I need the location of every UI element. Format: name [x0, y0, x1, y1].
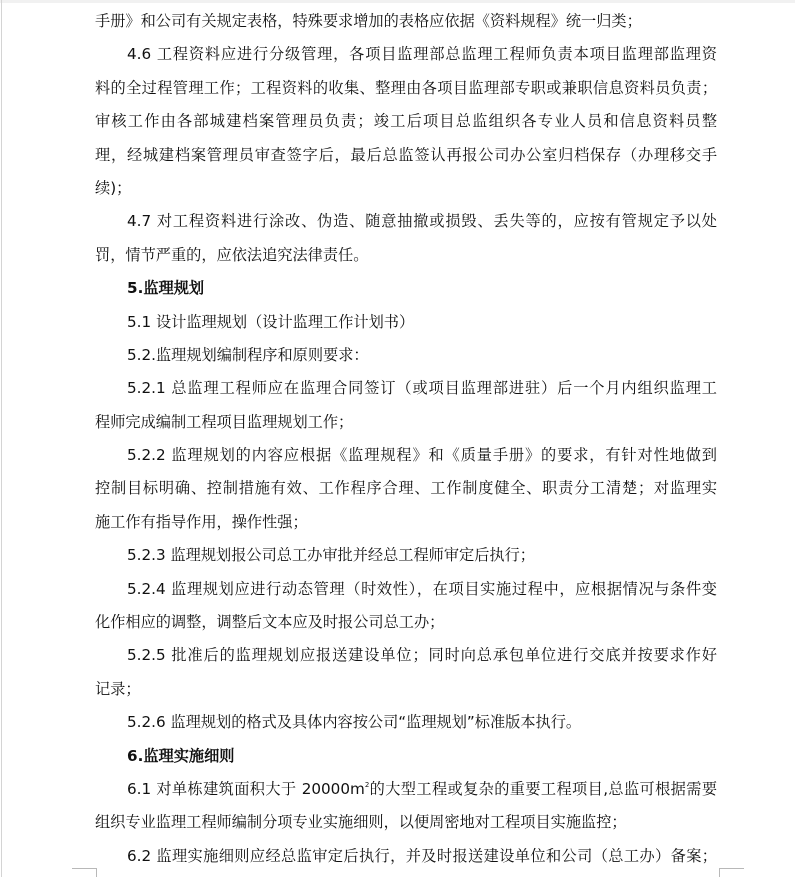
- text-line: 续)；: [95, 172, 717, 205]
- crop-mark-bottom-right: [719, 868, 744, 877]
- text-line: 罚，情节严重的，应依法追究法律责任。: [95, 239, 717, 272]
- text-line: 审核工作由各部城建档案管理员负责；竣工后项目总监组织各专业人员和信息资料员整: [95, 105, 717, 138]
- text-line: 理，经城建档案管理员审查签字后，最后总监签认再报公司办公室归档保存（办理移交手: [95, 139, 717, 172]
- text-line: 5.2.4 监理规划应进行动态管理（时效性），在项目实施过程中，应根据情况与条件…: [95, 573, 717, 606]
- page-left-border: [1, 0, 2, 877]
- text-line: 记录；: [95, 673, 717, 706]
- document-page: 手册》和公司有关规定表格，特殊要求增加的表格应依据《资料规程》统一归类； 4.6…: [95, 5, 717, 873]
- text-line: 程师完成编制工程项目监理规划工作；: [95, 406, 717, 439]
- text-line: 化作相应的调整，调整后文本应及时报公司总工办；: [95, 606, 717, 639]
- section-heading-5: 5.监理规划: [95, 272, 717, 305]
- text-line: 5.2.监理规划编制程序和原则要求：: [95, 339, 717, 372]
- text-line: 料的全过程管理工作；工程资料的收集、整理由各项目监理部专职或兼职信息资料员负责；: [95, 72, 717, 105]
- text-line: 4.6 工程资料应进行分级管理，各项目监理部总监理工程师负责本项目监理部监理资: [95, 38, 717, 71]
- text-line: 组织专业监理工程师编制分项专业实施细则，以便周密地对工程项目实施监控；: [95, 806, 717, 839]
- page-top-edge: [0, 0, 795, 3]
- text-line: 手册》和公司有关规定表格，特殊要求增加的表格应依据《资料规程》统一归类；: [95, 5, 717, 38]
- text-line: 5.2.2 监理规划的内容应根据《监理规程》和《质量手册》的要求，有针对性地做到: [95, 439, 717, 472]
- crop-mark-bottom-left: [72, 868, 97, 877]
- section-heading-6: 6.监理实施细则: [95, 740, 717, 773]
- text-line: 5.2.6 监理规划的格式及具体内容按公司“监理规划”标准版本执行。: [95, 706, 717, 739]
- text-line: 4.7 对工程资料进行涂改、伪造、随意抽撤或损毁、丢失等的，应按有管规定予以处: [95, 205, 717, 238]
- text-line: 5.2.5 批准后的监理规划应报送建设单位；同时向总承包单位进行交底并按要求作好: [95, 639, 717, 672]
- text-line: 控制目标明确、控制措施有效、工作程序合理、工作制度健全、职责分工清楚；对监理实: [95, 472, 717, 505]
- text-line: 施工作有指导作用，操作性强；: [95, 506, 717, 539]
- text-line: 5.1 设计监理规划（设计监理工作计划书）: [95, 306, 717, 339]
- text-segment: 的大型工程或复杂的重要工程项目,总监可根据需要: [369, 780, 717, 798]
- text-line: 5.2.3 监理规划报公司总工办审批并经总工程师审定后执行；: [95, 539, 717, 572]
- text-line: 6.2 监理实施细则应经总监审定后执行，并及时报送建设单位和公司（总工办）备案；: [95, 840, 717, 873]
- text-line: 5.2.1 总监理工程师应在监理合同签订（或项目监理部进驻）后一个月内组织监理工: [95, 372, 717, 405]
- text-segment: 6.1 对单栋建筑面积大于 20000m: [127, 780, 365, 798]
- text-line: 6.1 对单栋建筑面积大于 20000m2的大型工程或复杂的重要工程项目,总监可…: [95, 773, 717, 806]
